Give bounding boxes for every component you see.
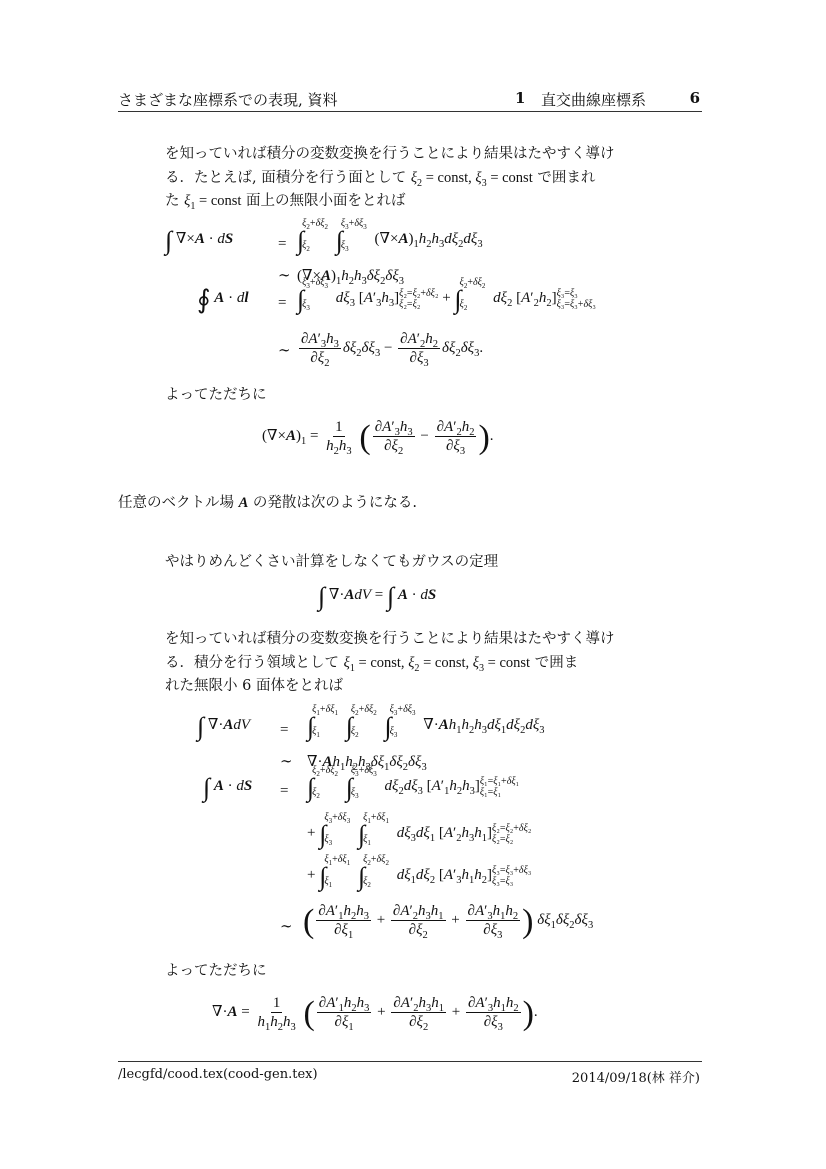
curl-result-equation: (∇×A)1 = 1h2h3 (∂A′3h3∂ξ2 − ∂A′2h2∂ξ3). xyxy=(262,418,494,457)
relation-eq: = xyxy=(278,295,286,312)
equation-rhs: + ∫ξ1+δξ1ξ1 ∫ξ2+δξ2ξ2 dξ1dξ2 [A′3h1h2]ξ₃… xyxy=(307,862,531,892)
equation-rhs: ∫ξ3+δξ3ξ3 dξ3 [A′3h3]ξ₂=ξ₂+δξ₂ξ₂=ξ₂ + ∫ξ… xyxy=(297,285,596,315)
text-span: る．積分を行う領域として xyxy=(165,655,344,671)
text-span: で囲ま xyxy=(530,655,578,671)
inline-math: ξ2 = const, ξ3 = const xyxy=(411,170,533,186)
relation-eq: = xyxy=(280,783,288,800)
inline-math: ξ1 = const xyxy=(184,193,241,209)
relation-sim: ∼ xyxy=(278,341,291,360)
equation-rhs: ∫ξ1+δξ1ξ1 ∫ξ2+δξ2ξ2 ∫ξ3+δξ3ξ3 ∇·Ah1h2h3d… xyxy=(307,712,545,742)
section-title: 直交曲線座標系 xyxy=(541,89,646,110)
document-title: さまざまな座標系での表現, 資料 xyxy=(118,89,338,110)
relation-eq: = xyxy=(278,236,286,253)
equation-rhs: ∫ξ2+δξ2ξ2 ∫ξ3+δξ3ξ3 dξ2dξ3 [A′1h2h3]ξ₁=ξ… xyxy=(307,773,519,803)
equation-rhs: + ∫ξ3+δξ3ξ3 ∫ξ1+δξ1ξ1 dξ3dξ1 [A′2h3h1]ξ₂… xyxy=(307,820,531,850)
paragraph-5: を知っていれば積分の変数変換を行うことにより結果はたやすく導け る．積分を行う領… xyxy=(165,628,615,699)
paragraph-6: よってただちに xyxy=(165,960,267,984)
paragraph-4: やはりめんどくさい計算をしなくてもガウスの定理 xyxy=(165,551,498,575)
text-span: 任意のベクトル場 xyxy=(118,495,239,511)
file-path: /lecgfd/cood.tex(cood-gen.tex) xyxy=(118,1067,318,1082)
inline-math: ξ1 = const, ξ2 = const, ξ3 = const xyxy=(344,655,530,671)
text-span: る．たとえば, 面積分を行う面として xyxy=(165,170,411,186)
text-span: の発散は次のようになる. xyxy=(248,495,417,511)
running-footer: /lecgfd/cood.tex(cood-gen.tex) 2014/09/1… xyxy=(118,1061,702,1067)
vector-symbol: A xyxy=(239,495,249,511)
date-author: 2014/09/18(林 祥介) xyxy=(572,1067,700,1086)
equation-rhs: ∫ξ2+δξ2ξ2 ∫ξ3+δξ3ξ3 (∇×A)1h2h3dξ2dξ3 xyxy=(297,226,483,256)
equation-line: ∫ A · dS xyxy=(203,773,252,803)
relation-eq: = xyxy=(280,722,288,739)
equation-line: ∫ ∇·AdV xyxy=(197,712,250,742)
relation-sim: ∼ xyxy=(278,266,291,285)
document-page: さまざまな座標系での表現, 資料 1 直交曲線座標系 6 を知っていれば積分の変… xyxy=(0,0,826,1169)
paragraph-1: を知っていれば積分の変数変換を行うことにより結果はたやすく導け る．たとえば, … xyxy=(165,143,615,214)
paragraph-2: よってただちに xyxy=(165,384,267,408)
equation-line: ∫ ∇×A · dS xyxy=(165,226,233,256)
paragraph-3: 任意のベクトル場 A の発散は次のようになる. xyxy=(118,492,417,516)
relation-sim: ∼ xyxy=(280,752,293,771)
paragraph-line: を知っていれば積分の変数変換を行うことにより結果はたやすく導け xyxy=(165,143,615,167)
paragraph-line: れた無限小 6 面体をとれば xyxy=(165,675,615,699)
paragraph-line: る．たとえば, 面積分を行う面として ξ2 = const, ξ3 = cons… xyxy=(165,167,615,191)
relation-sim: ∼ xyxy=(280,917,293,936)
equation-line: ∮ A · dl xyxy=(197,285,248,315)
gauss-theorem-equation: ∫ ∇·AdV = ∫ A · dS xyxy=(318,582,436,612)
text-span: で囲まれ xyxy=(533,170,596,186)
equation-rhs: ∂A′3h3∂ξ2δξ2δξ3 − ∂A′2h2∂ξ3δξ2δξ3. xyxy=(297,330,483,367)
section-number: 1 xyxy=(515,89,525,107)
text-span: 面上の無限小面をとれば xyxy=(241,193,405,209)
divergence-result-equation: ∇·A = 1h1h2h3 (∂A′1h2h3∂ξ1 + ∂A′2h3h1∂ξ2… xyxy=(212,994,538,1033)
equation-rhs: (∂A′1h2h3∂ξ1 + ∂A′2h3h1∂ξ2 + ∂A′3h1h2∂ξ3… xyxy=(303,902,593,941)
paragraph-line: る．積分を行う領域として ξ1 = const, ξ2 = const, ξ3 … xyxy=(165,652,615,676)
page-number: 6 xyxy=(690,89,700,107)
text-span: た xyxy=(165,193,184,209)
paragraph-line: た ξ1 = const 面上の無限小面をとれば xyxy=(165,190,615,214)
running-header: さまざまな座標系での表現, 資料 1 直交曲線座標系 6 xyxy=(118,89,702,112)
paragraph-line: を知っていれば積分の変数変換を行うことにより結果はたやすく導け xyxy=(165,628,615,652)
